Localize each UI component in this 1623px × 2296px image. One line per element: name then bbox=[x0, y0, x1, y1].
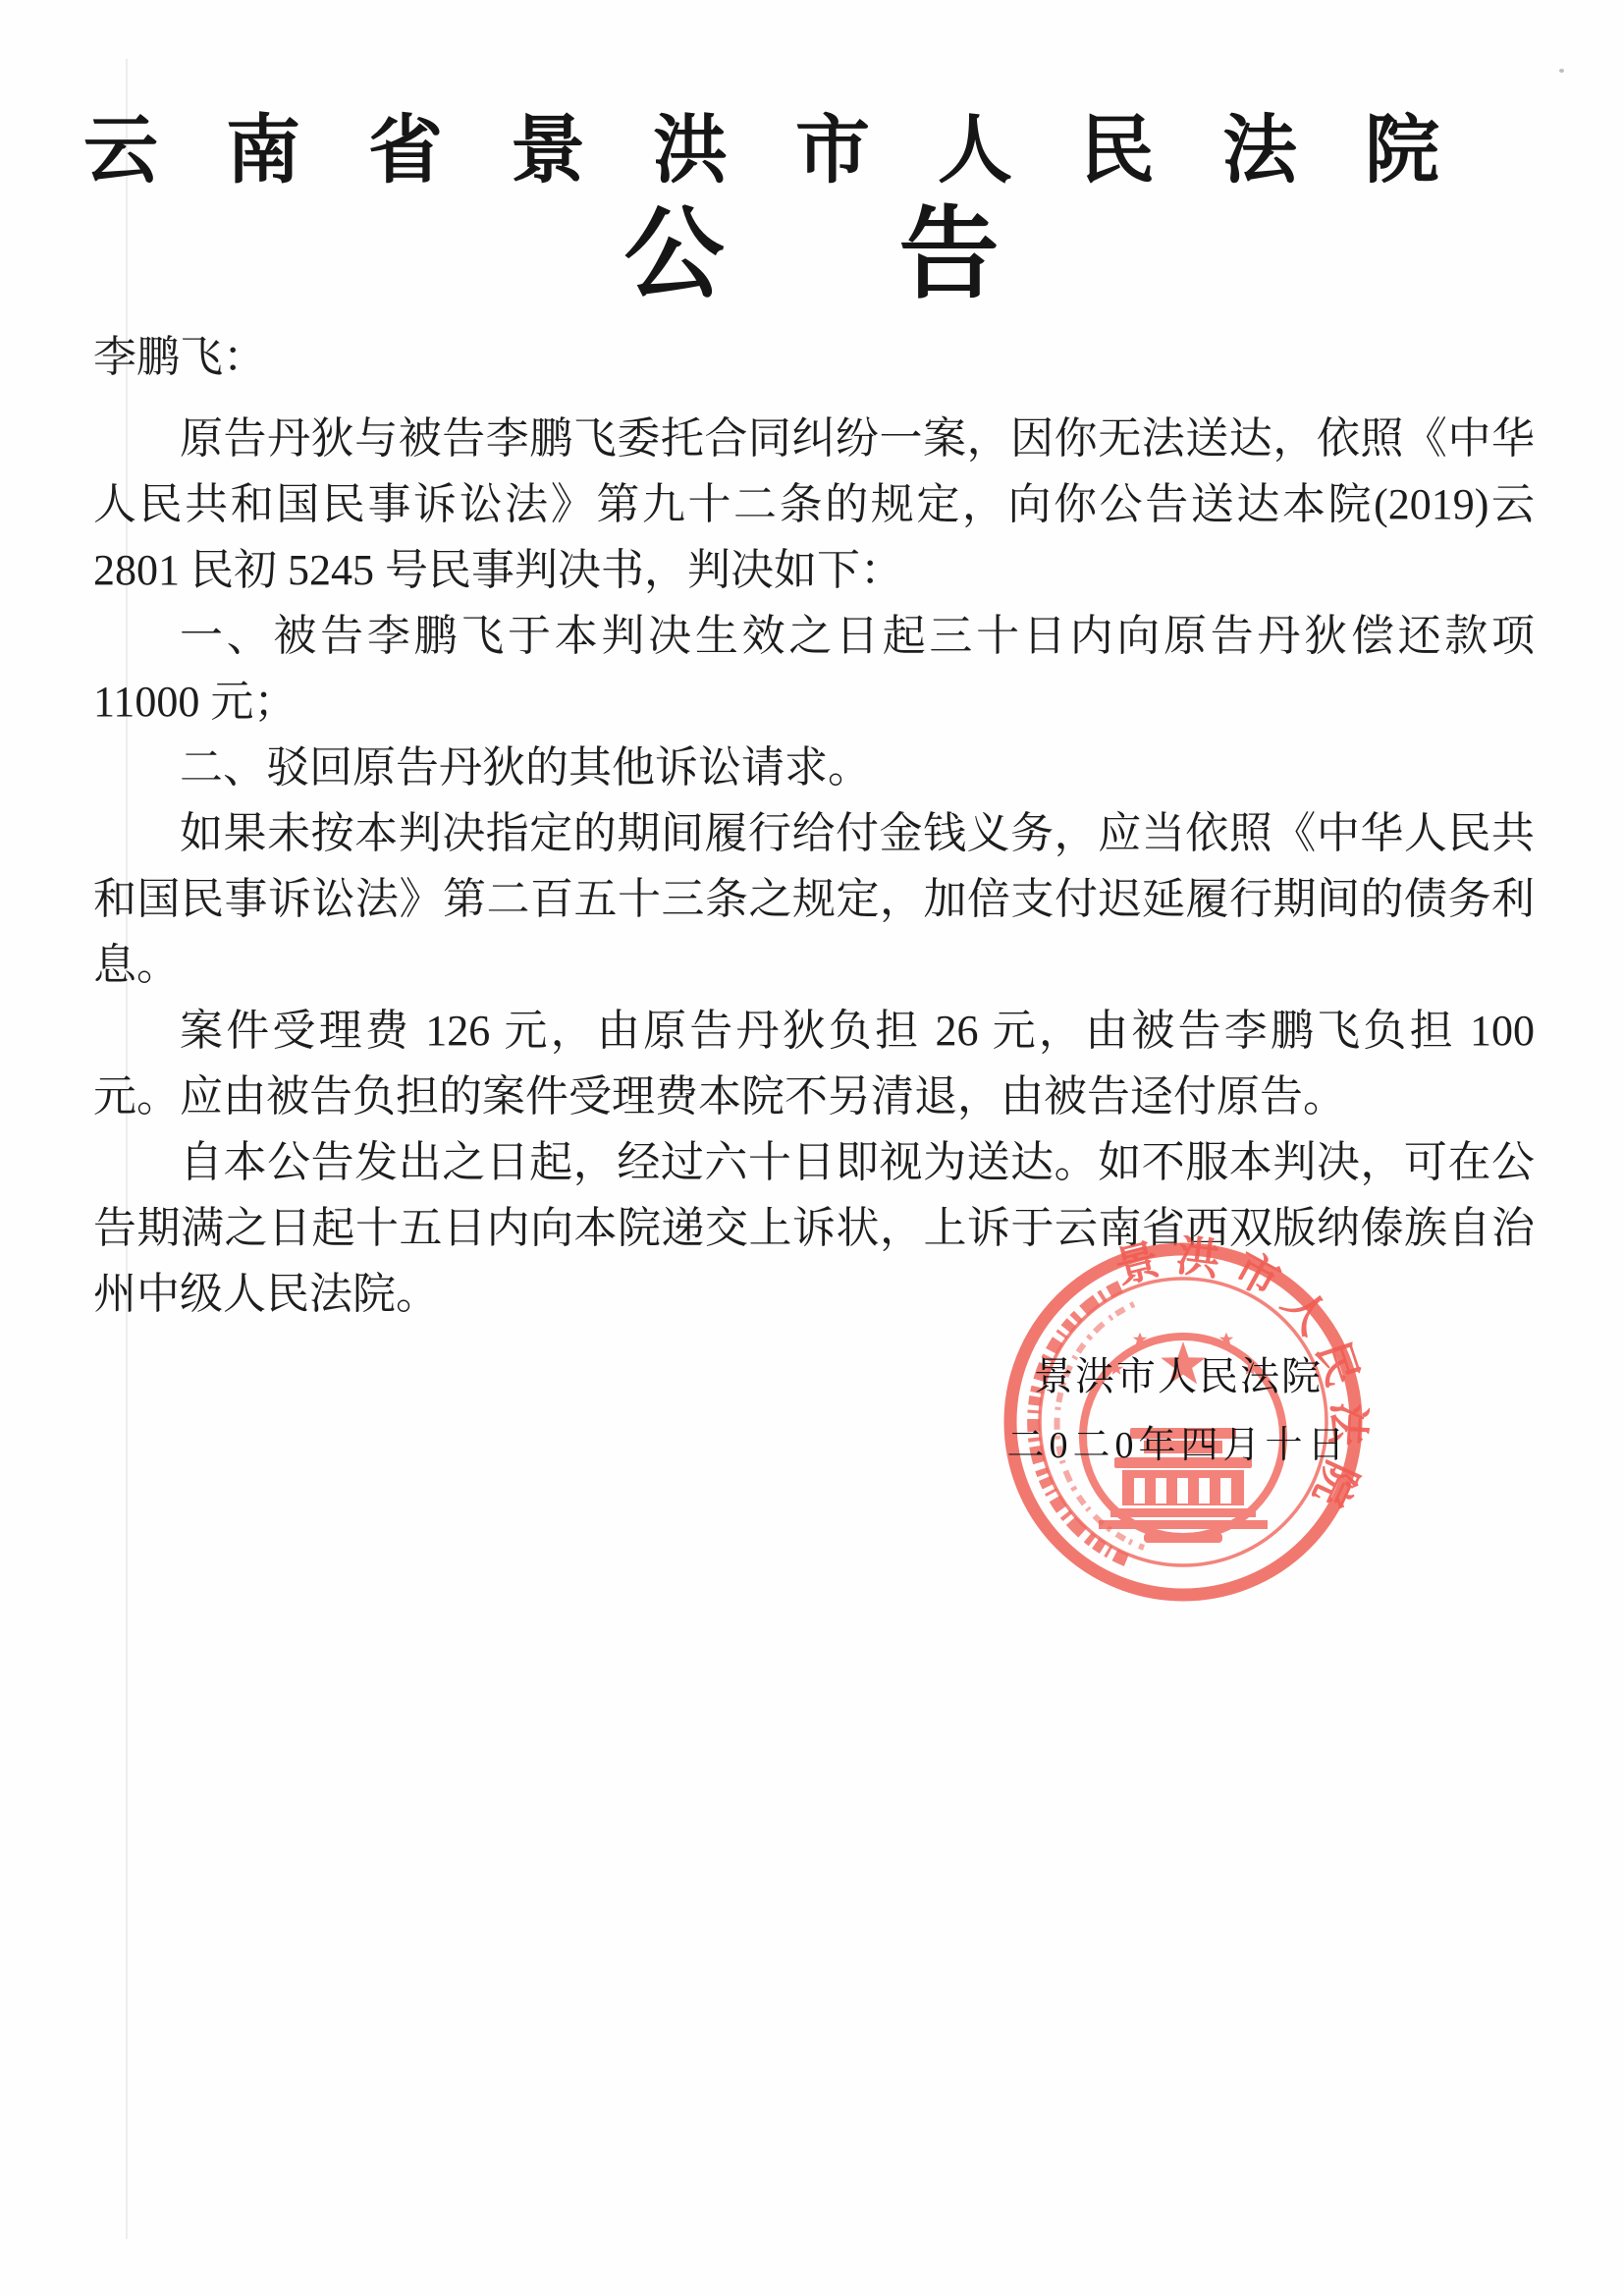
addressee-salutation: 李鹏飞： bbox=[93, 324, 1535, 390]
judgment-item-1: 一、被告李鹏飞于本判决生效之日起三十日内向原告丹狄偿还款项 11000 元； bbox=[93, 603, 1535, 735]
judgment-item-2: 二、驳回原告丹狄的其他诉讼请求。 bbox=[93, 735, 1535, 800]
body-paragraph: 如果未按本判决指定的期间履行给付金钱义务，应当依照《中华人民共和国民事诉讼法》第… bbox=[93, 800, 1535, 998]
document-title: 公 告 bbox=[0, 175, 1623, 318]
document-title-char: 公 bbox=[624, 175, 725, 318]
announcement-body: 李鹏飞： 原告丹狄与被告李鹏飞委托合同纠纷一案，因你无法送达，依照《中华人民共和… bbox=[93, 324, 1535, 1327]
document-title-char: 告 bbox=[899, 175, 1000, 318]
court-announcement-page: 云南省景洪市人民法院 公 告 李鹏飞： 原告丹狄与被告李鹏飞委托合同纠纷一案，因… bbox=[0, 0, 1623, 2296]
body-paragraph: 原告丹狄与被告李鹏飞委托合同纠纷一案，因你无法送达，依照《中华人民共和国民事诉讼… bbox=[93, 406, 1535, 603]
signature-date: 二0二0年四月十日 bbox=[982, 1414, 1375, 1468]
scan-artifact-speck bbox=[1559, 69, 1564, 73]
signature-court-name: 景洪市人民法院 bbox=[1021, 1345, 1335, 1401]
body-paragraph: 案件受理费 126 元，由原告丹狄负担 26 元，由被告李鹏飞负担 100 元。… bbox=[93, 998, 1535, 1129]
